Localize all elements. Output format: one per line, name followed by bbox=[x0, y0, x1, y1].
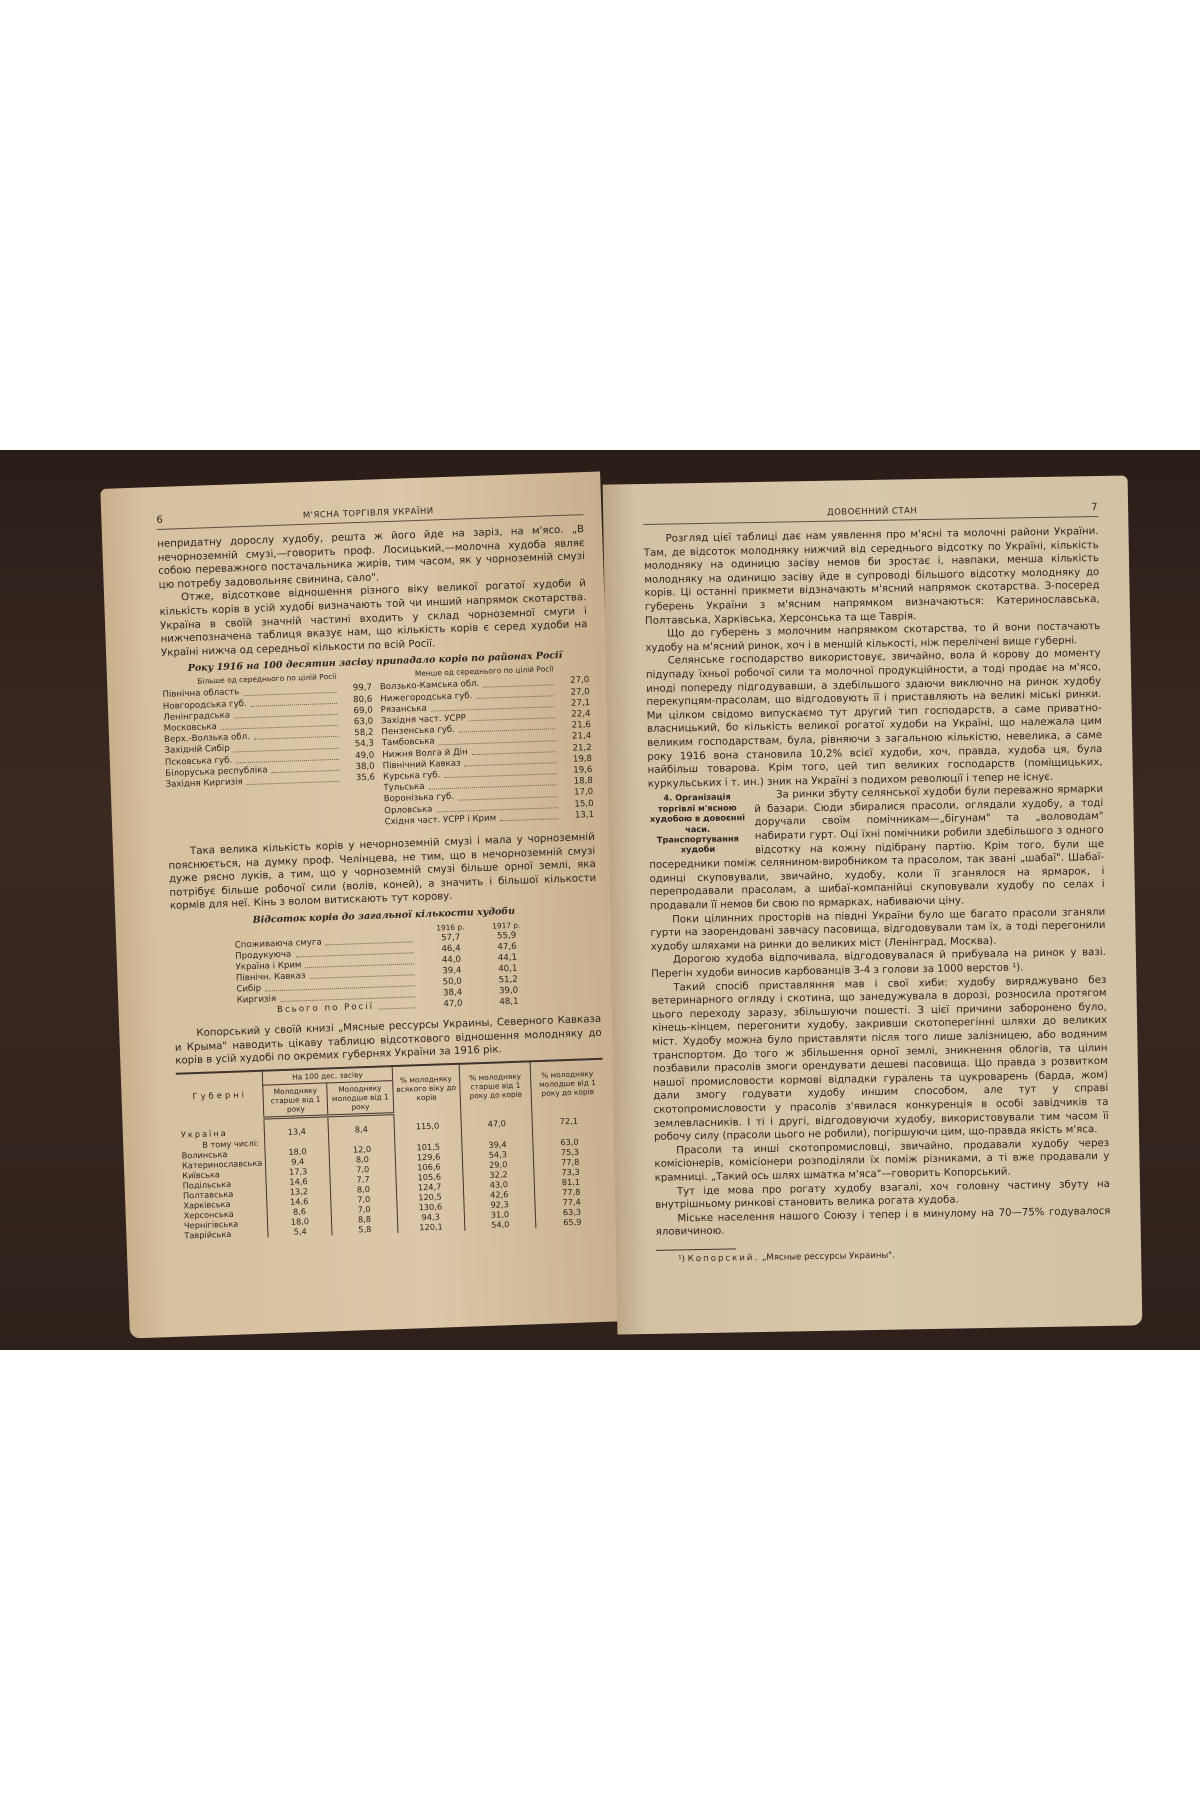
column-header: Молодняку старше від 1 року bbox=[263, 1083, 328, 1118]
paragraph: Селянське господарство використовує, зви… bbox=[646, 647, 1103, 791]
running-head-title: М'ЯСНА ТОРГІВЛЯ УКРАЇНИ bbox=[163, 501, 573, 525]
column-header: % молодняку всякого віку до корів bbox=[392, 1064, 461, 1114]
gubernia-table: Губерні На 100 дес. засіву % молодняку в… bbox=[176, 1058, 609, 1241]
paragraph: Отже, відсоткове відношення різного віку… bbox=[159, 577, 588, 660]
column-header: Молодняку молодше від 1 року bbox=[327, 1080, 393, 1115]
paragraph: Розгляд цієї таблиці дає нам уявлення пр… bbox=[643, 525, 1100, 628]
regions-above-average: Більше од середнього по цілій Росії Півн… bbox=[162, 671, 377, 836]
right-page: ДОВОЄННИЙ СТАН 7 Розгляд цієї таблиці да… bbox=[603, 475, 1143, 1334]
regions-table: Більше од середнього по цілій Росії Півн… bbox=[162, 663, 594, 835]
right-running-head: ДОВОЄННИЙ СТАН 7 bbox=[643, 502, 1098, 525]
paragraph: Така велика кількість корів у нечорнозем… bbox=[168, 831, 597, 914]
column-header: % молодняку молодше від 1 року до корів bbox=[530, 1059, 604, 1109]
left-page: 6 М'ЯСНА ТОРГІВЛЯ УКРАЇНИ непридатну дор… bbox=[100, 472, 629, 1339]
regions-below-average: Менше од середнього по цілій Росії Волзь… bbox=[379, 663, 594, 828]
paragraph: Такий спосіб приставляння мав і свої хиб… bbox=[651, 974, 1109, 1145]
column-header: % молодняку старше від 1 року до корів bbox=[459, 1061, 532, 1111]
open-book: 6 М'ЯСНА ТОРГІВЛЯ УКРАЇНИ непридатну дор… bbox=[115, 480, 1140, 1330]
footnote-rule bbox=[656, 1248, 736, 1250]
running-head-title: ДОВОЄННИЙ СТАН bbox=[653, 503, 1091, 521]
column-header: Губерні bbox=[176, 1070, 264, 1121]
page-number: 7 bbox=[1091, 502, 1098, 513]
margin-sidenote: 4. Організація торгівлі м'ясною худобою … bbox=[648, 791, 747, 855]
cow-percentage-table: 1916 р. 1917 р. Споживаюча смуга 57,7 55… bbox=[234, 919, 537, 1017]
